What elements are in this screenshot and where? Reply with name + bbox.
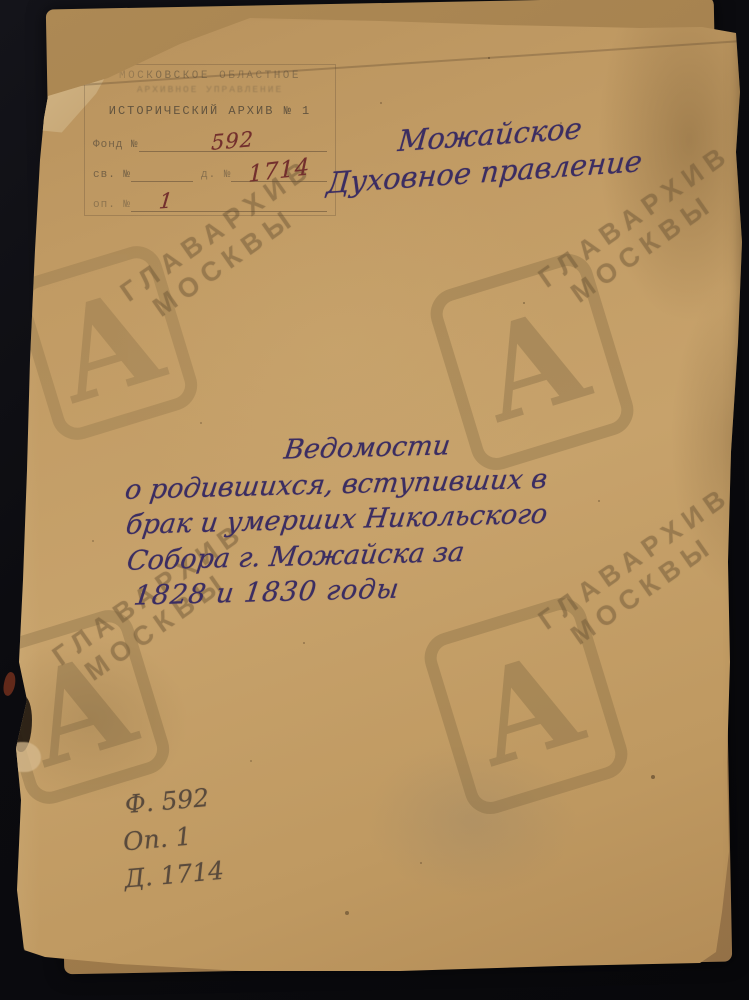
delo-label: д. № (201, 169, 231, 182)
stamp-opis-row: оп. № 1 (93, 191, 327, 212)
logo-letter: А (40, 270, 177, 423)
stamp-archive-line: ИСТОРИЧЕСКИЙ АРХИВ № 1 (93, 104, 327, 118)
stamp-svyazka-delo-row: св. № д. № 1714 (93, 161, 327, 182)
title-line5: 1828 и 1830 годы (132, 572, 402, 615)
title-inscription: Ведомости о родившихся, вступивших в бра… (124, 423, 648, 614)
folder-cover: ГЛАВАРХИВ МОСКВЫ А ГЛАВАРХИВ МОСКВЫ А ГЛ… (0, 0, 749, 1000)
stamp-org-line2: АРХИВНОЕ УПРАВЛЕНИЕ (93, 84, 327, 95)
edge-nick-bottom (12, 944, 25, 962)
cipher-delo: Д. 1714 (123, 852, 226, 898)
header-inscription: Можайское Духовное правление (323, 104, 677, 202)
archival-cipher: Ф. 592 Оп. 1 Д. 1714 (123, 778, 225, 897)
stamp-org-line1: МОСКОВСКОЕ ОБЛАСТНОЕ (93, 70, 327, 82)
fond-label: Фонд № (93, 139, 139, 152)
title-line1: Ведомости (282, 428, 453, 468)
fond-number: 592 (211, 131, 254, 153)
archive-scan: ГЛАВАРХИВ МОСКВЫ А ГЛАВАРХИВ МОСКВЫ А ГЛ… (0, 0, 749, 1000)
edge-stain (2, 671, 18, 697)
edge-tear-flap (9, 742, 41, 772)
svyazka-label: св. № (93, 169, 131, 182)
archive-stamp: МОСКОВСКОЕ ОБЛАСТНОЕ АРХИВНОЕ УПРАВЛЕНИЕ… (84, 64, 336, 216)
paper-speckles (0, 0, 2, 2)
stamp-fond-row: Фонд № 592 (93, 131, 327, 152)
opis-label: оп. № (93, 199, 131, 212)
logo-letter: А (465, 289, 602, 442)
delo-number: 1714 (248, 159, 310, 186)
opis-number: 1 (158, 193, 174, 212)
logo-letter: А (459, 633, 596, 786)
